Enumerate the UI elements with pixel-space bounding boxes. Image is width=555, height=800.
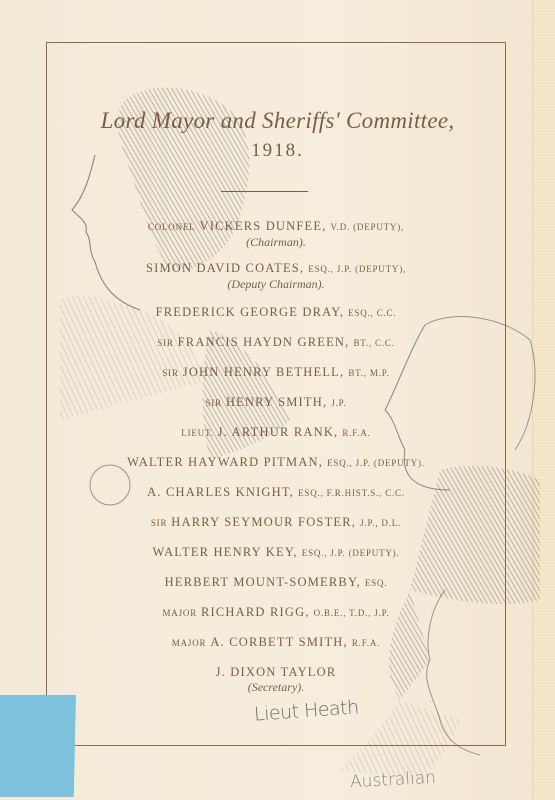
member-entry: Sir Henry Smith, J.P. — [46, 394, 506, 411]
document-title: Lord Mayor and Sheriffs' Committee, — [0, 108, 555, 134]
member-entry: Major Richard Rigg, O.B.E., T.D., J.P. — [46, 604, 506, 621]
member-entry: A. Charles Knight, Esq., F.R.Hist.S., C.… — [46, 484, 506, 501]
member-entry: Sir John Henry Bethell, Bt., M.P. — [46, 364, 506, 381]
title-divider — [221, 191, 308, 192]
member-entry: Herbert Mount-Somerby, Esq. — [46, 574, 506, 591]
member-entry: Simon David Coates, Esq., J.P. (Deputy),… — [46, 260, 506, 292]
member-entry: Sir Harry Seymour Foster, J.P., D.L. — [46, 514, 506, 531]
member-entry: Lieut. J. Arthur Rank, R.F.A. — [46, 424, 506, 441]
member-entry-secretary: J. Dixon Taylor (Secretary). — [46, 664, 506, 695]
member-entry: Colonel Vickers Dunfee, V.D. (Deputy), (… — [46, 218, 506, 250]
committee-member-list: Colonel Vickers Dunfee, V.D. (Deputy), (… — [46, 218, 506, 695]
member-entry: Walter Hayward Pitman, Esq., J.P. (Deput… — [46, 454, 506, 471]
document-page: Lord Mayor and Sheriffs' Committee, 1918… — [0, 0, 555, 800]
member-entry: Walter Henry Key, Esq., J.P. (Deputy). — [46, 544, 506, 561]
member-entry: Sir Francis Haydn Green, Bt., C.C. — [46, 334, 506, 351]
blue-index-tab — [0, 695, 76, 797]
handwritten-caption: Australian — [350, 768, 437, 792]
member-entry: Major A. Corbett Smith, R.F.A. — [46, 634, 506, 651]
member-entry: Frederick George Dray, Esq., C.C. — [46, 304, 506, 321]
document-year: 1918. — [0, 140, 555, 162]
